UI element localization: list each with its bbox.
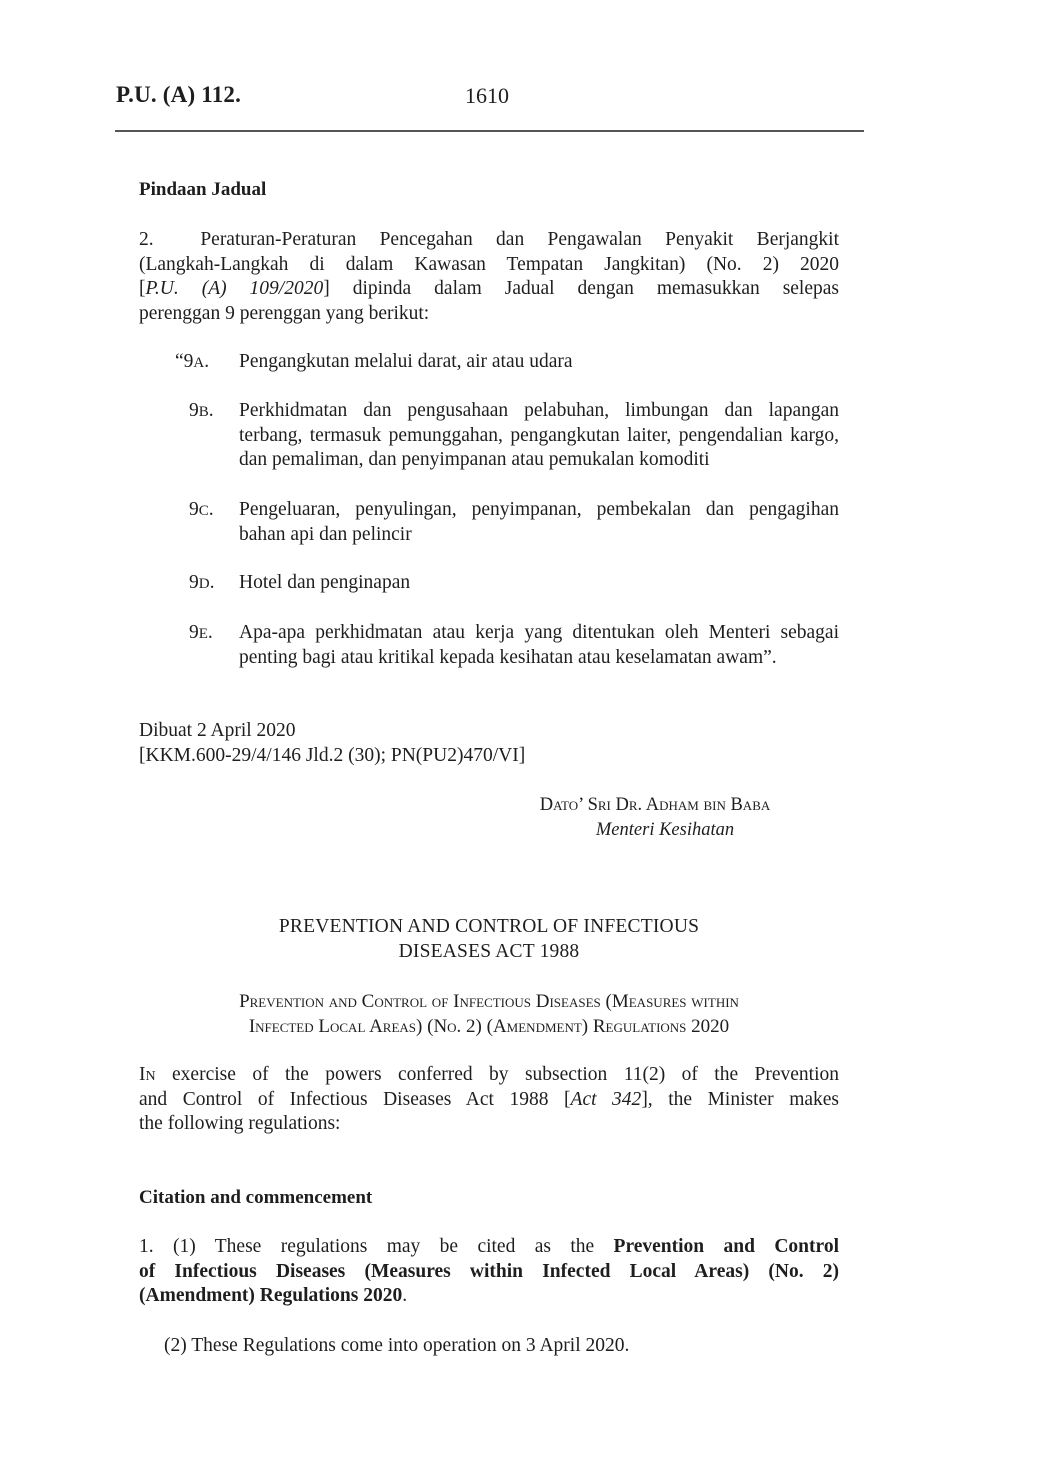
item-label-9b: 9B. [189,399,214,425]
regulation-title-line1: Prevention and Control of Infectious Dis… [139,990,839,1015]
item-text-9b: Perkhidmatan dan pengusahaan pelabuhan, … [239,399,839,473]
item-label-9e: 9E. [189,621,213,647]
signer-title: Menteri Kesihatan [450,818,880,843]
act-title-line1: PREVENTION AND CONTROL OF INFECTIOUS [139,915,839,940]
page-number: 1610 [465,83,509,109]
act-number-italic: Act 342 [571,1089,642,1110]
item-label-9d: 9D. [189,571,214,597]
made-date: Dibuat 2 April 2020 [139,719,296,744]
item-text-9e: Apa-apa perkhidmatan atau kerja yang dit… [239,621,839,670]
item-text-9d: Hotel dan penginapan [239,571,839,596]
section-heading-pindaan: Pindaan Jadual [139,179,266,201]
regulation-1-1: 1. (1) These regulations may be cited as… [139,1235,839,1309]
signer-name: Dato’ Sri Dr. Adham bin Baba [440,793,870,818]
citation-italic: P.U. (A) 109/2020 [146,278,324,299]
file-reference: [KKM.600-29/4/146 Jld.2 (30); PN(PU2)470… [139,744,525,769]
item-text-9a: Pengangkutan melalui darat, air atau uda… [239,350,839,375]
item-text-9c: Pengeluaran, penyulingan, penyimpanan, p… [239,498,839,547]
section-heading-citation: Citation and commencement [139,1187,372,1209]
amendment-paragraph: 2. Peraturan-Peraturan Pencegahan dan Pe… [139,228,839,327]
item-label-9a: “9A. [175,350,209,376]
regulation-title-line2: Infected Local Areas) (No. 2) (Amendment… [139,1015,839,1040]
header-rule [115,130,864,132]
para-number: 2. [139,229,154,250]
preamble: In exercise of the powers conferred by s… [139,1063,839,1137]
regulation-1-2: (2) These Regulations come into operatio… [164,1334,629,1359]
item-label-9c: 9C. [189,498,214,524]
gazette-reference: P.U. (A) 112. [116,82,241,108]
act-title-line2: DISEASES ACT 1988 [139,940,839,965]
